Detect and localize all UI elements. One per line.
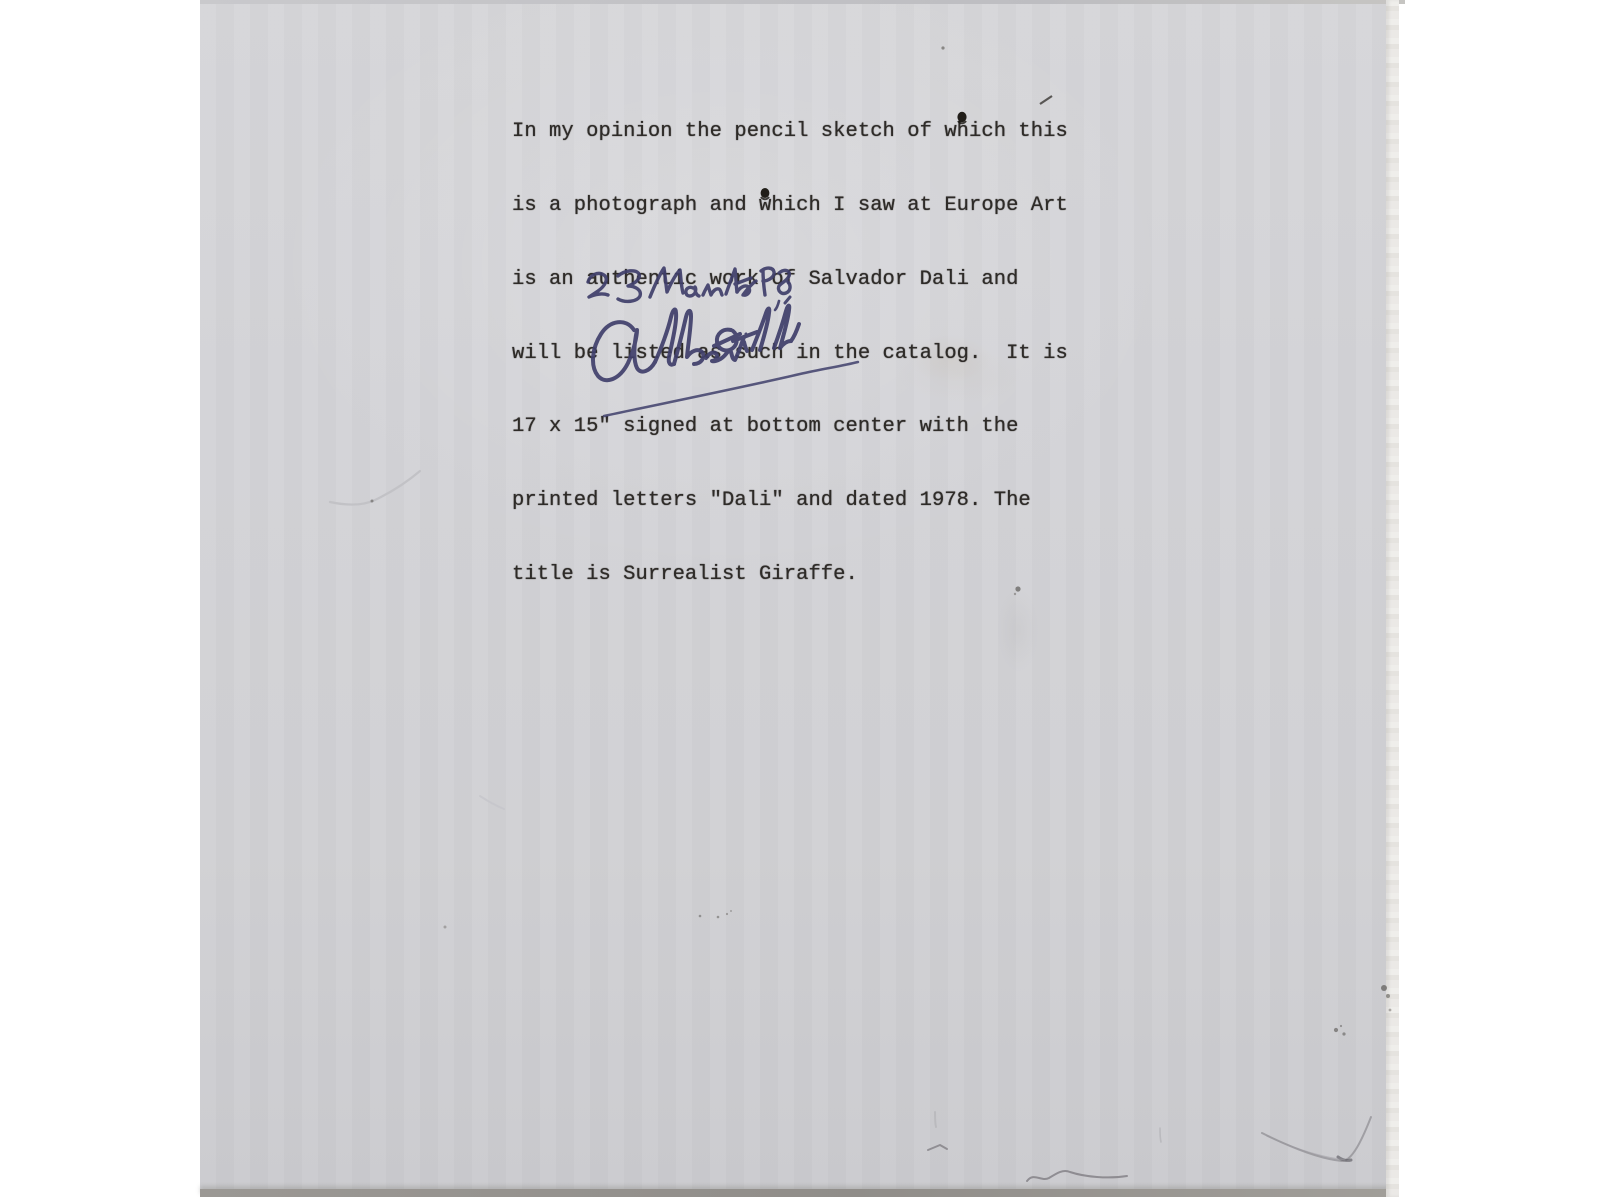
paper-bottom-edge-shadow xyxy=(200,1189,1390,1197)
typed-line: printed letters "Dali" and dated 1978. T… xyxy=(512,489,1068,514)
typed-line: will be listed as such in the catalog. I… xyxy=(512,342,1068,367)
paper-sheet: In my opinion the pencil sketch of which… xyxy=(200,0,1386,1197)
typed-note: In my opinion the pencil sketch of which… xyxy=(512,71,1068,637)
photograph-background: In my opinion the pencil sketch of which… xyxy=(0,0,1600,1197)
typed-line: 17 x 15" signed at bottom center with th… xyxy=(512,415,1068,440)
paper-top-edge-shadow xyxy=(200,0,1405,4)
paper-right-torn-edge xyxy=(1386,0,1399,1197)
typed-line: is an authentic work of Salvador Dali an… xyxy=(512,268,1068,293)
typed-line: is a photograph and which I saw at Europ… xyxy=(512,194,1068,219)
typed-line: In my opinion the pencil sketch of which… xyxy=(512,120,1068,145)
typed-line: title is Surrealist Giraffe. xyxy=(512,563,1068,588)
